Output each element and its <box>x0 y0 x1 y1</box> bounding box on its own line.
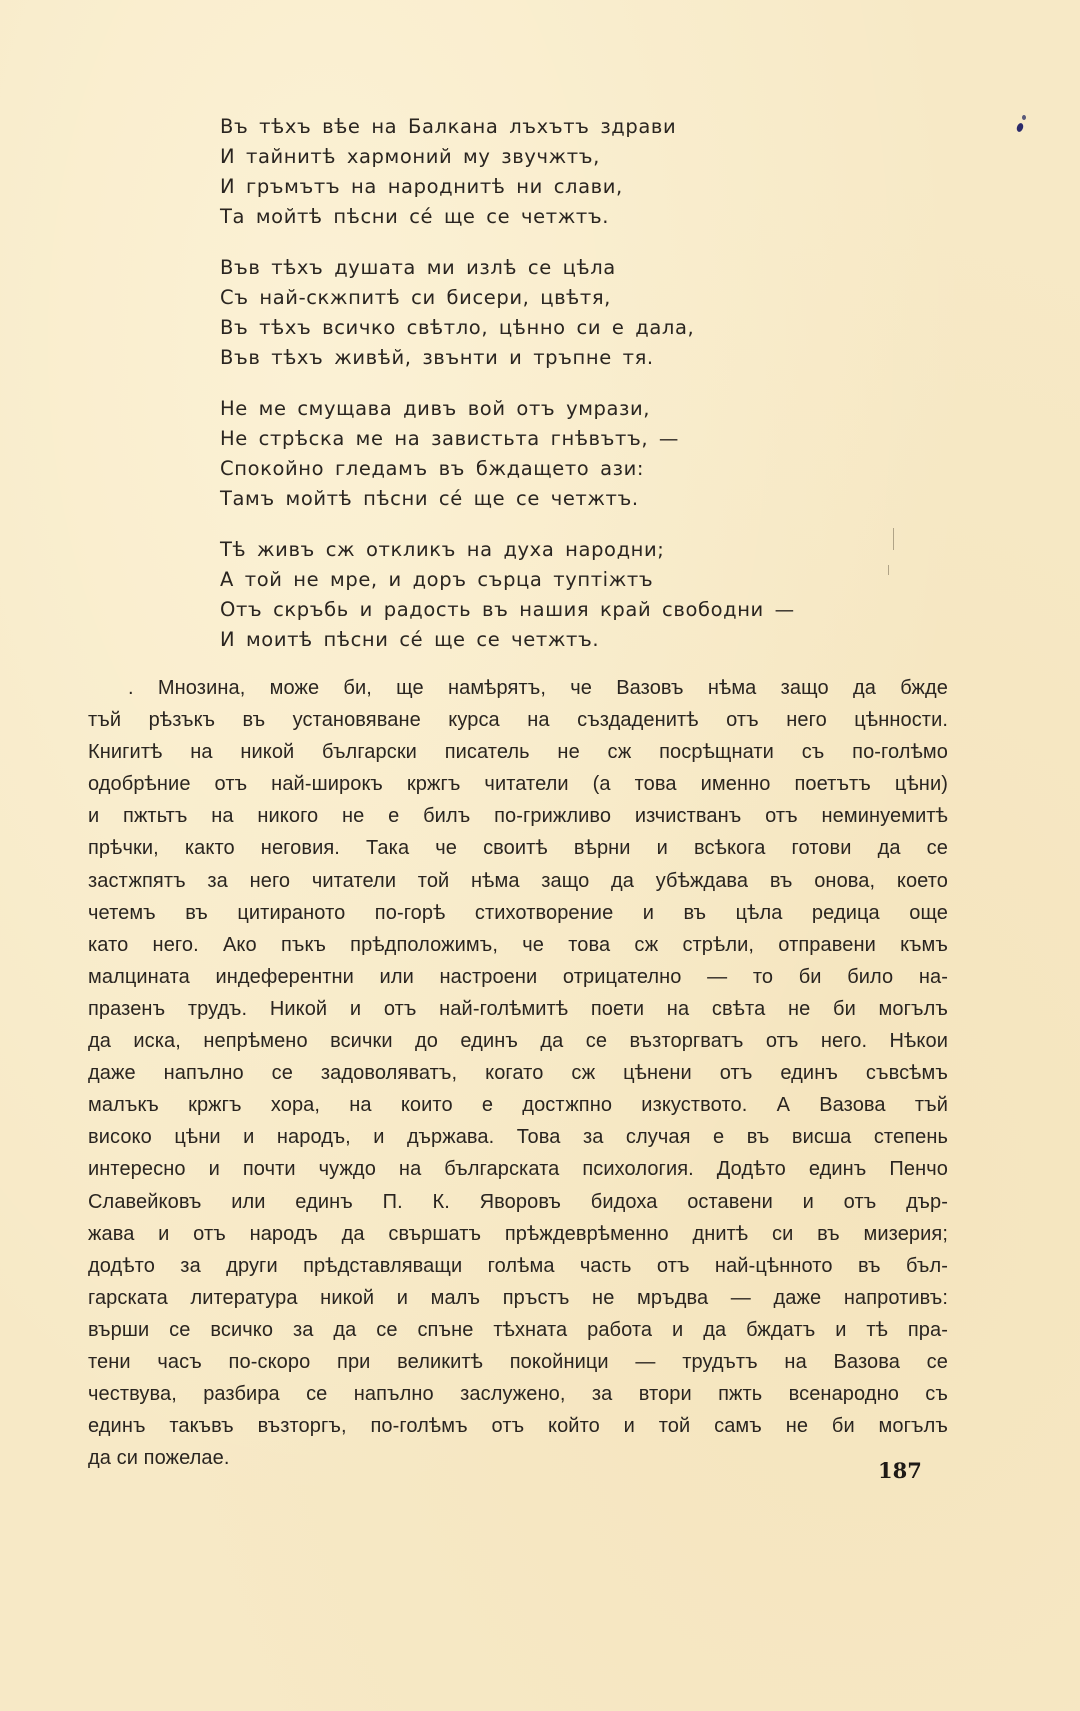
poem-stanza-3: Не ме смущава дивъ вой отъ умрази, Не ст… <box>220 394 795 514</box>
verse-line: И гръмътъ на народнитѣ ни слави, <box>220 172 795 202</box>
verse-line: Спокойно гледамъ въ бждащето ази: <box>220 454 795 484</box>
margin-mark <box>893 528 894 550</box>
verse-line: Тамъ мойтѣ пѣсни сé ще се четжтъ. <box>220 484 795 514</box>
verse-line: Във тѣхъ живѣй, звънти и тръпне тя. <box>220 343 795 373</box>
prose-line: Славейковъ или единъ П. К. Яворовъ бидох… <box>88 1186 948 1218</box>
prose-line: интересно и почти чуждо на българската п… <box>88 1153 948 1185</box>
prose-line: прѣчки, както неговия. Така че своитѣ вѣ… <box>88 832 948 864</box>
verse-line: Та мойтѣ пѣсни сé ще се четжтъ. <box>220 202 795 232</box>
prose-line: даже напълно се задоволяватъ, когато сж … <box>88 1057 948 1089</box>
prose-line: и пжтьтъ на никого не е билъ по-грижливо… <box>88 800 948 832</box>
poem-stanza-2: Във тѣхъ душата ми излѣ се цѣла Съ най-с… <box>220 253 795 373</box>
prose-line: високо цѣни и народъ, и държава. Това за… <box>88 1121 948 1153</box>
prose-line: застжпятъ за него читатели той нѣма защо… <box>88 865 948 897</box>
prose-line: жава и отъ народъ да свършатъ прѣждеврѣм… <box>88 1218 948 1250</box>
prose-line: одобрѣние отъ най-широкъ кржгъ читатели … <box>88 768 948 800</box>
poem-stanza-4: Тѣ живъ сж откликъ на духа народни; А то… <box>220 535 795 655</box>
prose-line: тъй рѣзъкъ въ установяване курса на създ… <box>88 704 948 736</box>
verse-line: Въ тѣхъ вѣе на Балкана лъхътъ здрави <box>220 112 795 142</box>
prose-line: върши се всичко за да се спъне тѣхната р… <box>88 1314 948 1346</box>
prose-line: празенъ трудъ. Никой и отъ най-голѣмитѣ … <box>88 993 948 1025</box>
verse-line: И моитѣ пѣсни сé ще се четжтъ. <box>220 625 795 655</box>
verse-line: Тѣ живъ сж откликъ на духа народни; <box>220 535 795 565</box>
prose-line: додѣто за други прѣдставляващи голѣма ча… <box>88 1250 948 1282</box>
prose-line: като него. Ако пъкъ прѣдположимъ, че тов… <box>88 929 948 961</box>
prose-line: гарската литература никой и малъ пръстъ … <box>88 1282 948 1314</box>
pen-mark <box>1022 115 1026 120</box>
poem-stanza-1: Въ тѣхъ вѣе на Балкана лъхътъ здрави И т… <box>220 112 795 232</box>
prose-line: единъ такъвъ възторгъ, по-голѣмъ отъ кой… <box>88 1410 948 1442</box>
verse-line: Съ най-скжпитѣ си бисери, цвѣтя, <box>220 283 795 313</box>
verse-line: Отъ скръбь и радость въ нашия край свобо… <box>220 595 795 625</box>
pen-mark <box>1016 122 1025 133</box>
verse-line: А той не мре, и доръ сърца туптіжтъ <box>220 565 795 595</box>
margin-mark <box>888 565 889 575</box>
prose-line: малцината индеферентни или настроени отр… <box>88 961 948 993</box>
prose-line: чествува, разбира се напълно заслужено, … <box>88 1378 948 1410</box>
prose-line: да иска, непрѣмено всички до единъ да се… <box>88 1025 948 1057</box>
verse-line: Не стрѣска ме на завистьта гнѣвътъ, — <box>220 424 795 454</box>
prose-line: малъкъ кржгъ хора, на които е достжпно и… <box>88 1089 948 1121</box>
verse-line: Не ме смущава дивъ вой отъ умрази, <box>220 394 795 424</box>
prose-line: Книгитѣ на никой български писатель не с… <box>88 736 948 768</box>
prose-line: . Мнозина, може би, ще намѣрятъ, че Вазо… <box>88 672 948 704</box>
prose-line: четемъ въ цитираното по-горѣ стихотворен… <box>88 897 948 929</box>
poem: Въ тѣхъ вѣе на Балкана лъхътъ здрави И т… <box>220 112 795 676</box>
prose-line: да си пожелае. <box>88 1442 948 1474</box>
book-page: Въ тѣхъ вѣе на Балкана лъхътъ здрави И т… <box>0 0 1080 1711</box>
verse-line: Във тѣхъ душата ми излѣ се цѣла <box>220 253 795 283</box>
verse-line: И тайнитѣ хармоний му звучжтъ, <box>220 142 795 172</box>
prose-paragraph: . Мнозина, може би, ще намѣрятъ, че Вазо… <box>88 672 948 1474</box>
prose-line: тени часъ по-скоро при великитѣ покойниц… <box>88 1346 948 1378</box>
page-number: 187 <box>878 1458 922 1483</box>
verse-line: Въ тѣхъ всичко свѣтло, цѣнно си е дала, <box>220 313 795 343</box>
